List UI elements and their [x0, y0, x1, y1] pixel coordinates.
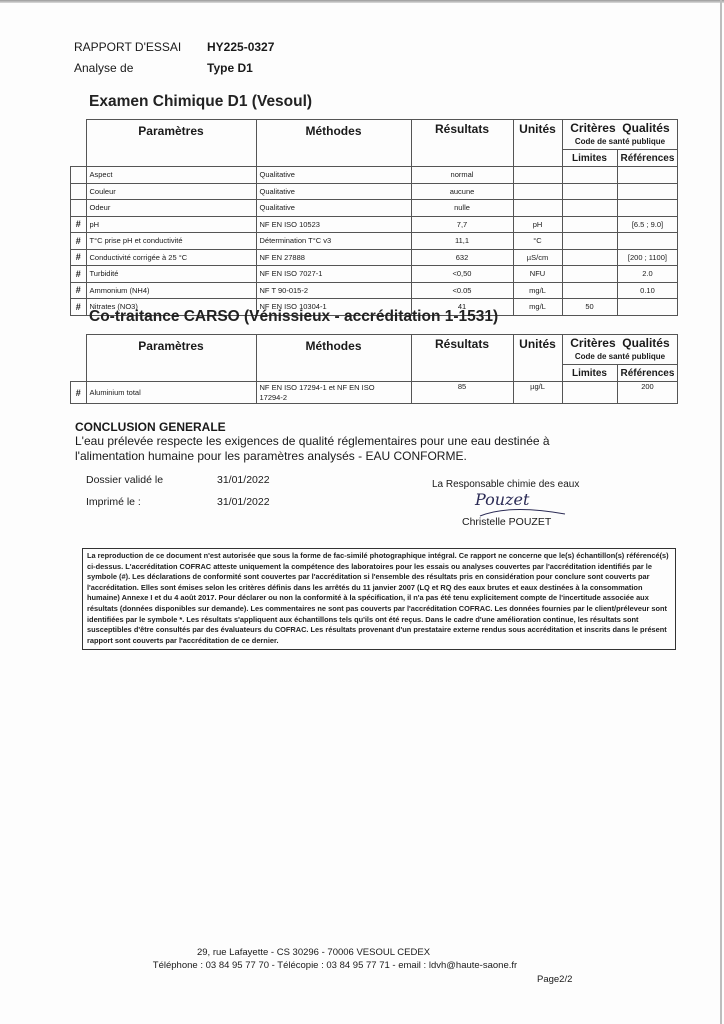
cell-unite: µg/L — [513, 382, 562, 404]
printed-label: Imprimé le : — [86, 496, 141, 508]
cell-unite — [513, 200, 562, 217]
cell-parametre: Couleur — [86, 183, 256, 200]
col-references: Références — [617, 365, 678, 382]
cell-methode: NF EN ISO 17294-1 et NF EN ISO 17294-2 — [256, 382, 411, 404]
col-criteres: Critères Qualités Code de santé publique — [562, 120, 678, 150]
cell-reference: [200 ; 1100] — [617, 249, 678, 266]
col-parametres: Paramètres — [86, 335, 256, 382]
cell-unite — [513, 167, 562, 184]
report-number: HY225-0327 — [207, 40, 274, 54]
col-unites: Unités — [513, 120, 562, 167]
cell-limite — [562, 216, 617, 233]
accreditation-mark: # — [71, 299, 87, 316]
accreditation-mark: # — [71, 249, 87, 266]
printed-date: 31/01/2022 — [217, 496, 270, 508]
scan-right-edge — [720, 0, 722, 1024]
cell-limite: 50 — [562, 299, 617, 316]
accreditation-mark: # — [71, 216, 87, 233]
table-row: CouleurQualitativeaucune — [71, 183, 678, 200]
cell-resultat: 632 — [411, 249, 513, 266]
cell-methode: NF T 90-015-2 — [256, 282, 411, 299]
conclusion-text: L'eau prélevée respecte les exigences de… — [75, 434, 550, 464]
analysis-type: Type D1 — [207, 61, 253, 75]
cell-unite: NFU — [513, 266, 562, 283]
cell-reference — [617, 233, 678, 250]
signature-title: La Responsable chimie des eaux — [432, 479, 579, 490]
conclusion-line1: L'eau prélevée respecte les exigences de… — [75, 434, 550, 449]
cell-resultat: normal — [411, 167, 513, 184]
accreditation-mark — [71, 183, 87, 200]
cell-parametre: pH — [86, 216, 256, 233]
conclusion-line2: l'alimentation humaine pour les paramètr… — [75, 449, 550, 464]
table-header-row: Paramètres Méthodes Résultats Unités Cri… — [71, 335, 678, 365]
cell-resultat: <0.05 — [411, 282, 513, 299]
cell-resultat: 7,7 — [411, 216, 513, 233]
col-limites: Limites — [562, 150, 617, 167]
cell-limite — [562, 200, 617, 217]
table-row: OdeurQualitativenulle — [71, 200, 678, 217]
table-row: AspectQualitativenormal — [71, 167, 678, 184]
table-row: #Conductivité corrigée à 25 °CNF EN 2788… — [71, 249, 678, 266]
methode-line2: 17294-2 — [260, 393, 408, 403]
cell-methode: NF EN ISO 10523 — [256, 216, 411, 233]
cell-reference: 2.0 — [617, 266, 678, 283]
cell-unite: mg/L — [513, 299, 562, 316]
cell-reference — [617, 299, 678, 316]
footer-contact: Téléphone : 03 84 95 77 70 - Télécopie :… — [143, 960, 527, 971]
accreditation-mark: # — [71, 382, 87, 404]
col-criteres: Critères Qualités Code de santé publique — [562, 335, 678, 365]
cell-parametre: T°C prise pH et conductivité — [86, 233, 256, 250]
cell-reference: 0.10 — [617, 282, 678, 299]
table-row: #pHNF EN ISO 105237,7pH[6.5 ; 9.0] — [71, 216, 678, 233]
blank-cell — [71, 120, 87, 167]
table-row: #TurbiditéNF EN ISO 7027-1<0,50NFU2.0 — [71, 266, 678, 283]
criteres-label: Critères Qualités — [566, 337, 675, 350]
cell-reference — [617, 183, 678, 200]
col-parametres: Paramètres — [86, 120, 256, 167]
table-row: #Ammonium (NH4)NF T 90-015-2<0.05mg/L0.1… — [71, 282, 678, 299]
section2-title: Co-traitance CARSO (Vénissieux - accrédi… — [89, 308, 498, 326]
cell-unite: mg/L — [513, 282, 562, 299]
analysis-label: Analyse de — [74, 61, 133, 75]
results-table-carso: Paramètres Méthodes Résultats Unités Cri… — [70, 334, 678, 404]
criteres-label: Critères Qualités — [566, 122, 675, 135]
cell-resultat: aucune — [411, 183, 513, 200]
cell-reference: 200 — [617, 382, 678, 404]
cell-limite — [562, 183, 617, 200]
blank-cell — [71, 335, 87, 382]
footer-address: 29, rue Lafayette - CS 30296 - 70006 VES… — [140, 947, 487, 958]
accreditation-mark: # — [71, 282, 87, 299]
accreditation-mark: # — [71, 233, 87, 250]
col-limites: Limites — [562, 365, 617, 382]
cell-methode: Qualitative — [256, 200, 411, 217]
cell-parametre: Ammonium (NH4) — [86, 282, 256, 299]
cell-limite — [562, 382, 617, 404]
cell-limite — [562, 249, 617, 266]
cell-unite: pH — [513, 216, 562, 233]
cell-unite: °C — [513, 233, 562, 250]
cell-methode: Qualitative — [256, 167, 411, 184]
col-unites: Unités — [513, 335, 562, 382]
cell-methode: Qualitative — [256, 183, 411, 200]
cell-methode: NF EN ISO 7027-1 — [256, 266, 411, 283]
cell-parametre: Aspect — [86, 167, 256, 184]
legal-disclaimer: La reproduction de ce document n'est aut… — [82, 548, 676, 650]
cell-limite — [562, 167, 617, 184]
cell-resultat: 11,1 — [411, 233, 513, 250]
cell-methode: NF EN 27888 — [256, 249, 411, 266]
accreditation-mark — [71, 167, 87, 184]
col-resultats: Résultats — [411, 335, 513, 382]
cell-parametre: Aluminium total — [86, 382, 256, 404]
col-references: Références — [617, 150, 678, 167]
signatory-name: Christelle POUZET — [462, 516, 551, 528]
report-label: RAPPORT D'ESSAI — [74, 40, 181, 54]
code-sante-label: Code de santé publique — [566, 350, 675, 363]
cell-methode: Détermination T°C v3 — [256, 233, 411, 250]
cell-resultat: 85 — [411, 382, 513, 404]
cell-resultat: nulle — [411, 200, 513, 217]
section1-title: Examen Chimique D1 (Vesoul) — [89, 93, 312, 111]
table-row: #T°C prise pH et conductivitéDéterminati… — [71, 233, 678, 250]
cell-unite — [513, 183, 562, 200]
col-resultats: Résultats — [411, 120, 513, 167]
page-number: Page2/2 — [537, 974, 572, 985]
methode-line1: NF EN ISO 17294-1 et NF EN ISO — [260, 383, 408, 393]
cell-parametre: Turbidité — [86, 266, 256, 283]
table-header-row: Paramètres Méthodes Résultats Unités Cri… — [71, 120, 678, 150]
cell-parametre: Odeur — [86, 200, 256, 217]
col-methodes: Méthodes — [256, 120, 411, 167]
cell-parametre: Conductivité corrigée à 25 °C — [86, 249, 256, 266]
cell-unite: µS/cm — [513, 249, 562, 266]
validated-label: Dossier validé le — [86, 474, 163, 486]
col-methodes: Méthodes — [256, 335, 411, 382]
cell-reference — [617, 167, 678, 184]
accreditation-mark: # — [71, 266, 87, 283]
cell-resultat: <0,50 — [411, 266, 513, 283]
table-row: # Aluminium total NF EN ISO 17294-1 et N… — [71, 382, 678, 404]
scan-top-edge — [0, 0, 724, 3]
validated-date: 31/01/2022 — [217, 474, 270, 486]
results-table-chimique: Paramètres Méthodes Résultats Unités Cri… — [70, 119, 678, 316]
code-sante-label: Code de santé publique — [566, 135, 675, 148]
accreditation-mark — [71, 200, 87, 217]
cell-reference — [617, 200, 678, 217]
cell-limite — [562, 266, 617, 283]
conclusion-title: CONCLUSION GENERALE — [75, 420, 226, 434]
cell-limite — [562, 282, 617, 299]
cell-limite — [562, 233, 617, 250]
cell-reference: [6.5 ; 9.0] — [617, 216, 678, 233]
